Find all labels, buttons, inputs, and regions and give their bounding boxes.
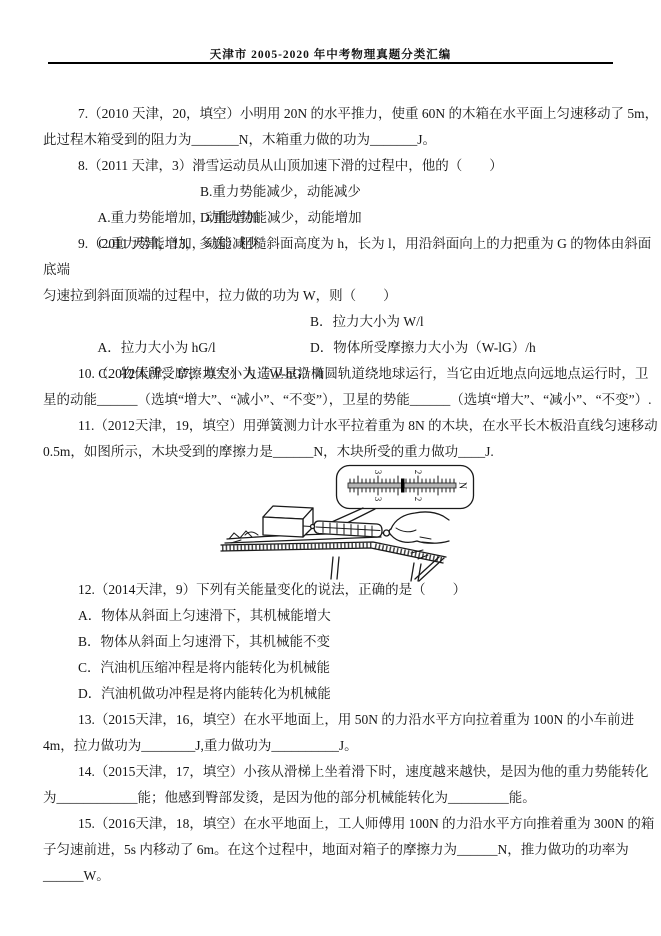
q15-line2: 子匀速前进，5s 内移动了 6m。在这个过程中，地面对箱子的摩擦力为______… [43,837,603,863]
scale-callout-bubble: 3 2 3 2 N [317,466,474,530]
q10-line2: 星的动能______（选填“增大”、“减小”、“不变”），卫星的势能______… [43,387,603,413]
q8-option-b: B.重力势能减少，动能减少 [200,179,361,205]
document-content: 7.（2010 天津，20，填空）小明用 20N 的水平推力，使重 60N 的木… [43,101,603,889]
q8-options-ab: A.重力势能增加，动能增加 B.重力势能减少，动能减少 [43,179,603,205]
table-leg-left [331,557,339,579]
scale-number: 2 [413,470,423,475]
q13-line2: 4m，拉力做功为________J,重力做功为__________J。 [43,733,603,759]
document-page: 天津市 2005-2020 年中考物理真题分类汇编 7.（2010 天津，20，… [0,0,661,936]
experiment-figure: 3 2 3 2 N [43,465,603,577]
q12-option-d: D．汽油机做功冲程是将内能转化为机械能 [43,681,603,707]
q9-options-ab: A．拉力大小为 hG/l B．拉力大小为 W/l [43,309,603,335]
q9-line1: 9.（2011 天津，13，多选）粗糙斜面高度为 h，长为 l，用沿斜面向上的力… [43,231,603,257]
page-header-title: 天津市 2005-2020 年中考物理真题分类汇编 [0,46,661,62]
q7-line1: 7.（2010 天津，20，填空）小明用 20N 的水平推力，使重 60N 的木… [43,101,603,127]
q9-options-cd: C．物体所受摩擦力大小为（W-hG）/l D．物体所受摩擦力大小为（W-lG）/… [43,335,603,361]
scale-number: 3 [373,497,383,502]
scale-number: 3 [373,470,383,475]
q9-option-b: B．拉力大小为 W/l [310,309,424,335]
header-divider [48,62,613,64]
q8-options-cd: C.重力势能增加，动能减少 D.重力势能减少，动能增加 [43,205,603,231]
q15-line3: ______W。 [43,863,603,889]
q14-line2: 为____________能；他感到臀部发烫，是因为他的部分机械能转化为____… [43,785,603,811]
q14-line1: 14.（2015天津，17，填空）小孩从滑梯上坐着滑下时，速度越来越快，是因为他… [43,759,603,785]
q10-line1: 10.（2012天津，17，填空）人造卫星沿椭圆轨道绕地球运行，当它由近地点向远… [43,361,603,387]
q9-option-d: D．物体所受摩擦力大小为（W-lG）/h [310,335,536,361]
q12-option-a: A．物体从斜面上匀速滑下，其机械能增大 [43,603,603,629]
q9-line2: 底端 [43,257,603,283]
scale-unit-label: N [457,482,468,489]
q9-line3: 匀速拉到斜面顶端的过程中，拉力做的功为 W，则（ ） [43,283,603,309]
q12-option-c: C．汽油机压缩冲程是将内能转化为机械能 [43,655,603,681]
wood-block [263,506,313,537]
scale-hook [303,526,311,527]
table [221,542,446,581]
q12-option-b: B．物体从斜面上匀速滑下，其机械能不变 [43,629,603,655]
scale-number: 2 [413,497,423,502]
q8-option-d: D.重力势能减少，动能增加 [200,205,362,231]
q12-stem: 12.（2014天津，9）下列有关能量变化的说法，正确的是（ ） [43,577,603,603]
q13-line1: 13.（2015天津，16，填空）在水平地面上，用 50N 的力沿水平方向拉着重… [43,707,603,733]
q7-line2: 此过程木箱受到的阻力为_______N，木箱重力做的功为_______J。 [43,127,603,153]
q11-line1: 11.（2012天津，19，填空）用弹簧测力计水平拉着重为 8N 的木块，在水平… [43,413,603,439]
spring-scale-experiment-drawing: 3 2 3 2 N [215,459,505,585]
q8-stem: 8.（2011 天津，3）滑雪运动员从山顶加速下滑的过程中，他的（ ） [43,153,603,179]
q15-line1: 15.（2016天津，18，填空）在水平地面上，工人师傅用 100N 的力沿水平… [43,811,603,837]
scale-pointer [401,479,405,493]
tabletop-apron [222,545,372,548]
